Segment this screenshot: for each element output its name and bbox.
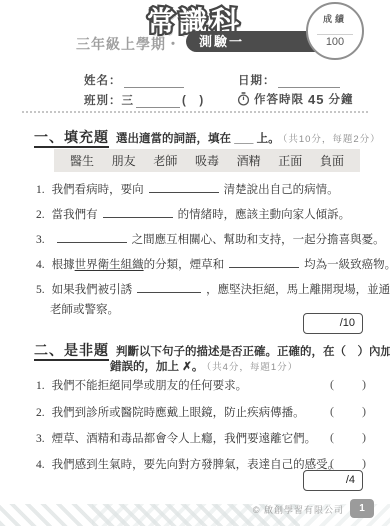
question-number: 1. <box>36 184 45 196</box>
word-bank: 醫生 朋友 老師 吸毒 酒精 正面 負面 <box>54 149 360 172</box>
question-text: 我們不能拒絕同學或朋友的任何要求。 <box>52 380 248 392</box>
question-number: 5. <box>36 284 45 296</box>
question-text: 之間應互相關心、幫助和支持，一起分擔喜與憂。 <box>132 234 385 246</box>
date-label: 日期： <box>238 75 276 87</box>
word-bank-item: 朋友 <box>112 152 136 169</box>
stopwatch-icon <box>237 92 250 106</box>
word-bank-item: 醫生 <box>70 152 94 169</box>
score-fraction-line <box>317 34 353 35</box>
answer-blank[interactable] <box>137 283 201 293</box>
class-field[interactable] <box>136 96 180 108</box>
date-row: 日期： <box>238 72 342 88</box>
answer-blank[interactable] <box>57 233 127 243</box>
answer-paren-close[interactable]: ) <box>362 377 366 392</box>
score-label: 成績 <box>308 12 362 25</box>
question-text: 均為一級致癌物。 <box>304 259 390 271</box>
question-number: 4. <box>36 259 45 271</box>
question-text: 我們看病時，要向 <box>52 184 144 196</box>
answer-paren-close[interactable]: ) <box>362 404 366 419</box>
question-text: 清楚說出自己的病情。 <box>224 184 339 196</box>
question-text: 我們到診所或醫院時應戴上眼鏡，防止疾病傳播。 <box>52 407 305 419</box>
underlined-term: 世界衛生組織 <box>75 259 144 271</box>
fill-question-5-line2: 老師或警察。 <box>50 301 119 317</box>
class-paren[interactable]: ( ) <box>182 95 204 107</box>
tf-question-1: 1.我們不能拒絕同學或朋友的任何要求。 ( ) <box>0 377 390 393</box>
section1-instruction: 選出適當的詞語，填在 ___ 上。 <box>116 133 280 145</box>
question-text: 的分類，煙草和 <box>144 259 225 271</box>
question-text: 如果我們被引誘 <box>52 284 133 296</box>
date-field[interactable] <box>278 76 340 88</box>
answer-paren-open[interactable]: ( <box>330 456 334 471</box>
time-limit-suffix: 分鐘 <box>328 91 353 107</box>
question-number: 1. <box>36 380 45 392</box>
word-bank-item: 正面 <box>278 152 302 169</box>
question-number: 2. <box>36 209 45 221</box>
section1-points: （共10分，每題2分） <box>283 134 381 145</box>
answer-paren-close[interactable]: ) <box>362 430 366 445</box>
grade-term-label: 三年級上學期・ <box>76 34 181 54</box>
answer-blank[interactable] <box>229 258 299 268</box>
word-bank-item: 吸毒 <box>195 152 219 169</box>
fill-question-3: 3.之間應互相關心、幫助和支持，一起分擔喜與憂。 <box>36 231 385 247</box>
section1-score-box: /10 <box>303 313 363 334</box>
question-number: 3. <box>36 234 45 246</box>
name-row: 姓名： <box>84 72 186 88</box>
section2-instruction-line2: 錯誤的，加上 ✗。 <box>110 361 203 373</box>
fill-question-2: 2.當我們有的情緒時，應該主動向家人傾訴。 <box>36 206 350 222</box>
section2-title: 二、是非題 <box>34 342 109 361</box>
question-text: 的情緒時，應該主動向家人傾訴。 <box>178 209 351 221</box>
page-number-badge: 1 <box>350 499 374 518</box>
question-number: 2. <box>36 407 45 419</box>
answer-paren-open[interactable]: ( <box>330 377 334 392</box>
fill-question-4: 4.根據世界衛生組織的分類，煙草和均為一級致癌物。 <box>36 256 390 272</box>
time-limit-row: 作答時限45分鐘 <box>237 91 353 107</box>
fill-question-1: 1.我們看病時，要向清楚說出自己的病情。 <box>36 181 339 197</box>
score-circle: 成績 100 <box>306 2 364 60</box>
answer-blank[interactable] <box>149 183 219 193</box>
word-bank-item: 老師 <box>153 152 177 169</box>
word-bank-item: 酒精 <box>237 152 261 169</box>
class-row: 班別：三( ) <box>84 92 204 108</box>
class-label: 班別： <box>84 95 122 107</box>
question-text: ，應堅決拒絕，馬上離開現場，並通知家人、 <box>206 284 390 296</box>
answer-paren-open[interactable]: ( <box>330 430 334 445</box>
section2-header-line2: 錯誤的，加上 ✗。（共4分，每題1分） <box>110 357 298 375</box>
question-text: 煙草、酒精和毒品都會令人上癮，我們要遠離它們。 <box>52 433 317 445</box>
time-limit-prefix: 作答時限 <box>254 91 304 107</box>
worksheet-page: 常識科 三年級上學期・ 測驗一 成績 100 姓名： 日期： 班別：三( ) 作… <box>0 0 390 526</box>
tf-question-3: 3.煙草、酒精和毒品都會令人上癮，我們要遠離它們。 ( ) <box>0 430 390 446</box>
section2-points: （共4分，每題1分） <box>206 362 298 373</box>
question-text: 根據 <box>52 259 75 271</box>
time-limit-minutes: 45 <box>308 92 324 107</box>
question-text: 當我們有 <box>52 209 98 221</box>
question-number: 3. <box>36 433 45 445</box>
score-total: 100 <box>308 36 362 48</box>
dotted-separator <box>22 111 368 113</box>
word-bank-item: 負面 <box>320 152 344 169</box>
copyright-text: © 啟創學習有限公司 <box>0 503 344 516</box>
name-field[interactable] <box>124 76 184 88</box>
section2-score-box: /4 <box>303 470 363 491</box>
answer-paren-open[interactable]: ( <box>330 404 334 419</box>
question-text: 我們感到生氣時，要先向對方發脾氣，表達自己的感受。 <box>52 459 340 471</box>
section1-header: 一、填充題選出適當的詞語，填在 ___ 上。（共10分，每題2分） <box>34 127 381 147</box>
answer-blank[interactable] <box>103 208 173 218</box>
question-text: 老師或警察。 <box>50 304 119 316</box>
class-value: 三 <box>122 95 135 107</box>
question-number: 4. <box>36 459 45 471</box>
name-label: 姓名： <box>84 75 122 87</box>
section1-title: 一、填充題 <box>34 129 109 148</box>
tf-question-2: 2.我們到診所或醫院時應戴上眼鏡，防止疾病傳播。 ( ) <box>0 404 390 420</box>
fill-question-5: 5.如果我們被引誘，應堅決拒絕，馬上離開現場，並通知家人、 <box>36 281 390 297</box>
answer-paren-close[interactable]: ) <box>362 456 366 471</box>
